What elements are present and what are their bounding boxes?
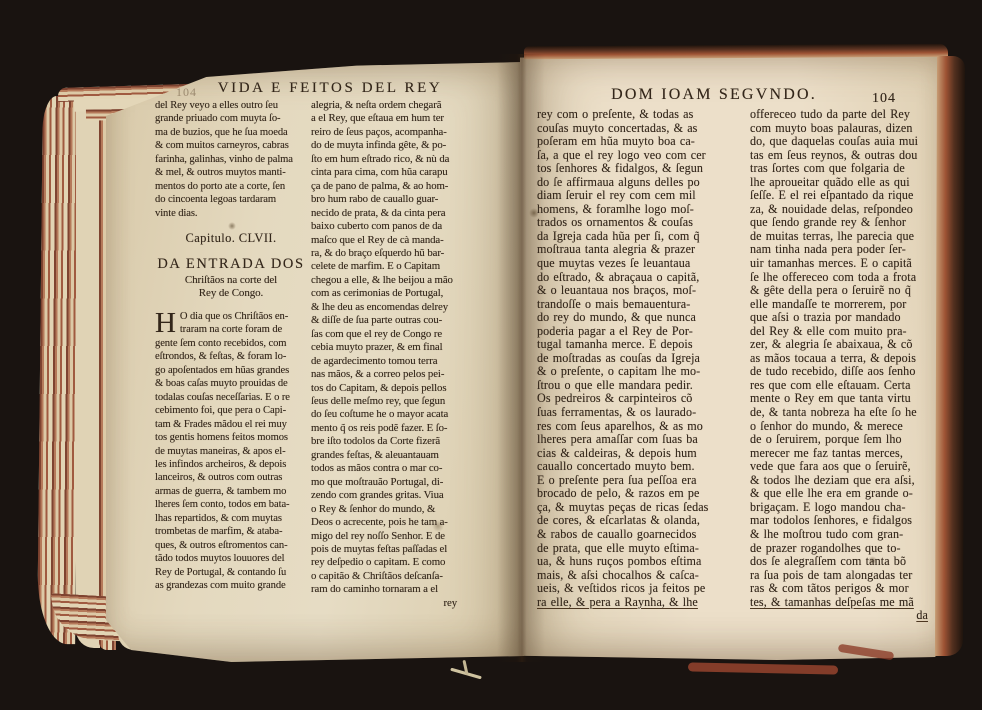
section-title: DA ENTRADA DOS (155, 258, 307, 271)
text-line: tãdo todos muytos louuores del (155, 552, 307, 565)
text-line: za, & nouidade delas, reſpondeo (750, 203, 944, 217)
right-column-2: offereceo tudo da parte del Reycom muyto… (750, 108, 944, 623)
paragraph: del Rey veyo a elles outro ſeugrande pri… (155, 99, 307, 220)
text-line: & boas caſas muyto prouidas de (155, 377, 307, 390)
text-line: lanceiros, & outros com outras (155, 471, 307, 484)
text-line: as grandezas com muito grande (155, 579, 307, 592)
text-line: armas de guerra, & tambem mo (155, 485, 307, 498)
text-line: ra ſua pois de tam alongadas ter (750, 569, 944, 583)
paragraph: rey com o preſente, & todas ascouſas muy… (537, 108, 733, 609)
text-line: o capitão & Chriſtãos deſcanſa- (311, 570, 473, 583)
text-line: as mãos tocaua a terra, & depois (750, 352, 944, 366)
text-line: & que elle lhe era em grande o- (750, 487, 944, 501)
text-line: les infindos archeiros, & depois (155, 458, 307, 471)
left-fore-edge-stack-outer (37, 96, 81, 644)
text-line: tos gentis homens feitos momos (155, 431, 307, 444)
text-line: que muytas vezes ſe leuantaua (537, 257, 733, 271)
text-line: rey deſpedio o capitam. E como (311, 556, 473, 569)
text-line: maſco que el Rey de cà manda- (311, 234, 473, 247)
text-line: couſas muyto concertadas, & as (537, 122, 733, 136)
right-running-header: DOM IOAM SEGVNDO. (558, 86, 870, 104)
text-line: brocado de pelo, & razos em pe (537, 487, 733, 501)
text-line: ça, & muytas peças de ricas ſedas (537, 501, 733, 515)
paragraph: H O dia que os Chriſtãos en-traram na co… (155, 310, 307, 593)
text-line: tos ſenhores & fidalgos, & ſegun (537, 162, 733, 176)
text-line: de, & tanta nobreza ha eſte ſo he (750, 406, 944, 420)
text-line: que aſsi o trazia por mandado (750, 311, 944, 325)
text-line: ça de pano de palma, & ao hom- (311, 180, 473, 193)
text-line: mentos do porto ate a corte, ſen (155, 180, 307, 193)
text-line: ueis, & veſtidos ricos ja feitos pe (537, 582, 733, 596)
text-line: celete de marfim. E o Capitam (311, 260, 473, 273)
text-line: tam & Frades mãdou el rei muy (155, 418, 307, 431)
book-photo: { "scene": { "background_color": "#19131… (0, 0, 982, 710)
text-line: res com ſeus aparelhos, & as mo (537, 420, 733, 434)
text-line: do de muyta infinda gête, & po- (311, 139, 473, 152)
text-line: o ſenhor do mundo, & merece (750, 420, 944, 434)
text-line: moſtraua tanta alegria & prazer (537, 243, 733, 257)
text-line: ſto em hum eſtrado rico, & nù da (311, 153, 473, 166)
paragraph: offereceo tudo da parte del Reycom muyto… (750, 108, 944, 609)
text-line: mento q̃ os reis podẽ fazer. E ſo- (311, 422, 473, 435)
text-line: alegria, & neſta ordem chegarã (311, 99, 473, 112)
text-line: go apoſentados em hũas grandes (155, 364, 307, 377)
text-line: tras ſortes com que folgaria de (750, 162, 944, 176)
text-line: farinha, galinhas, vinho de palma (155, 153, 307, 166)
text-line: elle mandaſſe te morrerem, por (750, 298, 944, 312)
text-line: de muytas maneiras, & apos el- (155, 445, 307, 458)
text-line: de agardecimento tomou terra (311, 355, 473, 368)
text-line: eſtrondos, & feſtas, & foram lo- (155, 350, 307, 363)
left-column-2: alegria, & neſta ordem chegarãa el Rey, … (311, 99, 473, 610)
right-column-1: rey com o preſente, & todas ascouſas muy… (537, 108, 733, 609)
text-line: ua, & huns ruços pombos eſtima (537, 555, 733, 569)
text-line: vede que fara aos que o ſeruirẽ, (750, 460, 944, 474)
text-line: ras & com tãtos perigos & mor (750, 582, 944, 596)
text-line: trombetas de marfim, & ataba- (155, 525, 307, 538)
text-line: ra, & do braço eſquerdo hũ bar- (311, 247, 473, 260)
text-line: ſuas ferramentas, & os laurado- (537, 406, 733, 420)
text-line: cias & caldeiras, & depois hum (537, 447, 733, 461)
text-line: lheres ſem conto, todos em bata- (155, 498, 307, 511)
right-page-top-edge (524, 44, 948, 60)
text-line: do ſe affirmaua alguns delles po (537, 176, 733, 190)
text-line: de muitas terras, lhe parecia que (750, 230, 944, 244)
text-line: de cores, & eſcarlatas & olanda, (537, 514, 733, 528)
text-line: todalas couſas neceſſarias. E o re (155, 391, 307, 404)
left-running-header: VIDA E FEITOS DEL REY (152, 80, 508, 97)
text-line: com as cerimonias de Portugal, (311, 287, 473, 300)
text-line: ſas com que el rey de Congo re (311, 328, 473, 341)
text-line: Rey de Portugal, & contando ſu (155, 566, 307, 579)
text-line: poderia pagar a el Rey de Por- (537, 325, 733, 339)
text-line: pois de muytas feſtas paſſadas el (311, 543, 473, 556)
text-line: offereceo tudo da parte del Rey (750, 108, 944, 122)
text-line: mais, & aſsi chocalhos & caſca- (537, 569, 733, 583)
text-line: todos as mãos contra o mar co- (311, 462, 473, 475)
text-line: uir tamanhas merces. E o capitã (750, 257, 944, 271)
right-folio-number: 104 (872, 91, 896, 107)
paragraph-lines: O dia que os Chriſtãos en-traram na cort… (155, 310, 307, 593)
drop-cap: H (155, 310, 180, 336)
text-line: de tudo recebido, diſſe aos ſenho (750, 365, 944, 379)
text-line: do cincoenta legoas tardaram (155, 193, 307, 206)
text-line: grandes feſtas, & aleuantauam (311, 449, 473, 462)
text-line: & gête della pera o ſeruirẽ no q̃ (750, 284, 944, 298)
text-line: grande priuado com muyta ſo- (155, 112, 307, 125)
text-line: bro hum rabo de cauallo guar- (311, 193, 473, 206)
text-line: baixo cuberto com panos de da (311, 220, 473, 233)
text-line: Chriſtãos na corte del (155, 274, 307, 287)
text-line: migo del rey noſſo Senhor. E de (311, 530, 473, 543)
text-line: & rabos de cauallo goarnecidos (537, 528, 733, 542)
catchword: rey (311, 597, 473, 610)
text-line: o Rey & ſenhor do mundo, & (311, 503, 473, 516)
left-column-1: del Rey veyo a elles outro ſeugrande pri… (155, 99, 307, 593)
text-line: ſeſſe. E el rei eſpantado da rique (750, 189, 944, 203)
left-fore-edge-stack-middle (76, 92, 100, 648)
text-line: zendo com grandes gritas. Viua (311, 489, 473, 502)
text-line: do eſtrado, & abraçaua o capitã, (537, 271, 733, 285)
text-line: nam tinha nada pera poder ſer- (750, 243, 944, 257)
text-line: Os pedreiros & carpinteiros cõ (537, 392, 733, 406)
text-line: do rey do mundo, & que nunca (537, 311, 733, 325)
text-line: vinte dias. (155, 207, 307, 220)
catchword: da (750, 609, 944, 623)
text-line: merecer me faz tantas merces, (750, 447, 944, 461)
text-line: lhas repartidos, & com muytas (155, 512, 307, 525)
text-line: ques, & outros eſtromentos can- (155, 539, 307, 552)
text-line: mo que moſtrauão Portugal, di- (311, 476, 473, 489)
text-line: brigaçam. E logo mandou cha- (750, 501, 944, 515)
text-line: do ſeu coſtume he o mayor acata (311, 408, 473, 421)
text-line: ſeus delle meſmo rey, que ſegun (311, 395, 473, 408)
text-line: Deos o acrecente, pois he tam a- (311, 516, 473, 529)
bottom-red-edge-smear (688, 662, 838, 674)
text-line: tes, & tamanhas deſpeſas me mã (750, 596, 944, 610)
text-line: poſeram em hũa muyto boa ca- (537, 135, 733, 149)
text-line: do, que daquelas couſas auia mui (750, 135, 944, 149)
text-line: del Rey veyo a elles outro ſeu (155, 99, 307, 112)
text-line: reiro de ſeus paços, acompanha- (311, 126, 473, 139)
text-line: & com muitos carneyros, cabras (155, 139, 307, 152)
section-subtitle: Chriſtãos na corte delRey de Congo. (155, 274, 307, 300)
text-line: nas mãos, & a correo pelos pei- (311, 368, 473, 381)
text-line: da Igreja cada hũa per ſi, com q̃ (537, 230, 733, 244)
text-line: zer, & alegria ſe abaixaua, & cõ (750, 338, 944, 352)
text-line: lheres pera amaſſar com ſuas ba (537, 433, 733, 447)
text-line: ſe lhe offereceo com toda a frota (750, 271, 944, 285)
text-line: de prazer rogandolhes que to- (750, 542, 944, 556)
text-line: mar todolos ſenhores, e fidalgos (750, 514, 944, 528)
text-line: de prata, que elle muyto eſtima- (537, 542, 733, 556)
text-line: tugal tamanha merce. E depois (537, 338, 733, 352)
text-line: & lhe moſtrou tudo com gran- (750, 528, 944, 542)
text-line: chegou a elle, & lhe beijou a mão (311, 274, 473, 287)
text-line: res que com elle eſtauam. Certa (750, 379, 944, 393)
text-line: del Rey & elle com muito pra- (750, 325, 944, 339)
text-line: & lhe deu as encomendas delrey (311, 301, 473, 314)
text-line: ram do caminho tornaram a el (311, 583, 473, 596)
text-line: cebimento foi, que pera o Capi- (155, 404, 307, 417)
text-line: trados os ornamentos & couſas (537, 216, 733, 230)
text-line: trandoſſe o mais bemauentura- (537, 298, 733, 312)
text-line: ma de buzios, que he ſua moeda (155, 126, 307, 139)
text-line: cebia muyto prazer, & em final (311, 341, 473, 354)
text-line: & o preſente, o capitam lhe mo- (537, 365, 733, 379)
text-line: cinta para cima, com hũa carapu (311, 166, 473, 179)
text-line: bre iſto todolos da Corte fizerã (311, 435, 473, 448)
text-line: de moſtradas as couſas da Igreja (537, 352, 733, 366)
text-line: rey com o preſente, & todas as (537, 108, 733, 122)
text-line: Rey de Congo. (155, 287, 307, 300)
text-line: tos do Capitam, & depois pellos (311, 382, 473, 395)
text-line: ſtrou o que elle mandara pedir. (537, 379, 733, 393)
paragraph: alegria, & neſta ordem chegarãa el Rey, … (311, 99, 473, 597)
text-line: diam ſeruir el rey com cem mil (537, 189, 733, 203)
text-line: dos ſe alegraſſem com tanta bõ (750, 555, 944, 569)
text-line: ſa, a que el rey logo veo com cer (537, 149, 733, 163)
text-line: & diſſe de ſua parte outras cou- (311, 314, 473, 327)
text-line: homens, & foramlhe logo moſ- (537, 203, 733, 217)
text-line: gente ſem conto recebidos, com (155, 337, 307, 350)
text-line: cauallo concertado muyto bem. (537, 460, 733, 474)
text-line: que ſendo grande rey & ſenhor (750, 216, 944, 230)
text-line: & mel, & outros muytos manti- (155, 166, 307, 179)
text-line: ra elle, & pera a Raynha, & lhe (537, 596, 733, 610)
text-line: tas em ſeus reynos, & outras dou (750, 149, 944, 163)
text-line: lhe aproueitar quãdo elle as qui (750, 176, 944, 190)
text-line: necido de prata, & da cinta pera (311, 207, 473, 220)
chapter-heading: Capitulo. CLVII. (155, 232, 307, 245)
text-line: com muyto boas palauras, dizen (750, 122, 944, 136)
text-line: & o leuantaua nos braços, moſ- (537, 284, 733, 298)
text-line: a el Rey, que eſtaua em hum ter (311, 112, 473, 125)
text-line: de o ſeruirem, porque ſem lho (750, 433, 944, 447)
text-line: & todos lhe deziam que era aſsi, (750, 474, 944, 488)
text-line: mente o Rey em que tanta virtu (750, 392, 944, 406)
text-line: E o preſente pera ſua peſſoa era (537, 474, 733, 488)
